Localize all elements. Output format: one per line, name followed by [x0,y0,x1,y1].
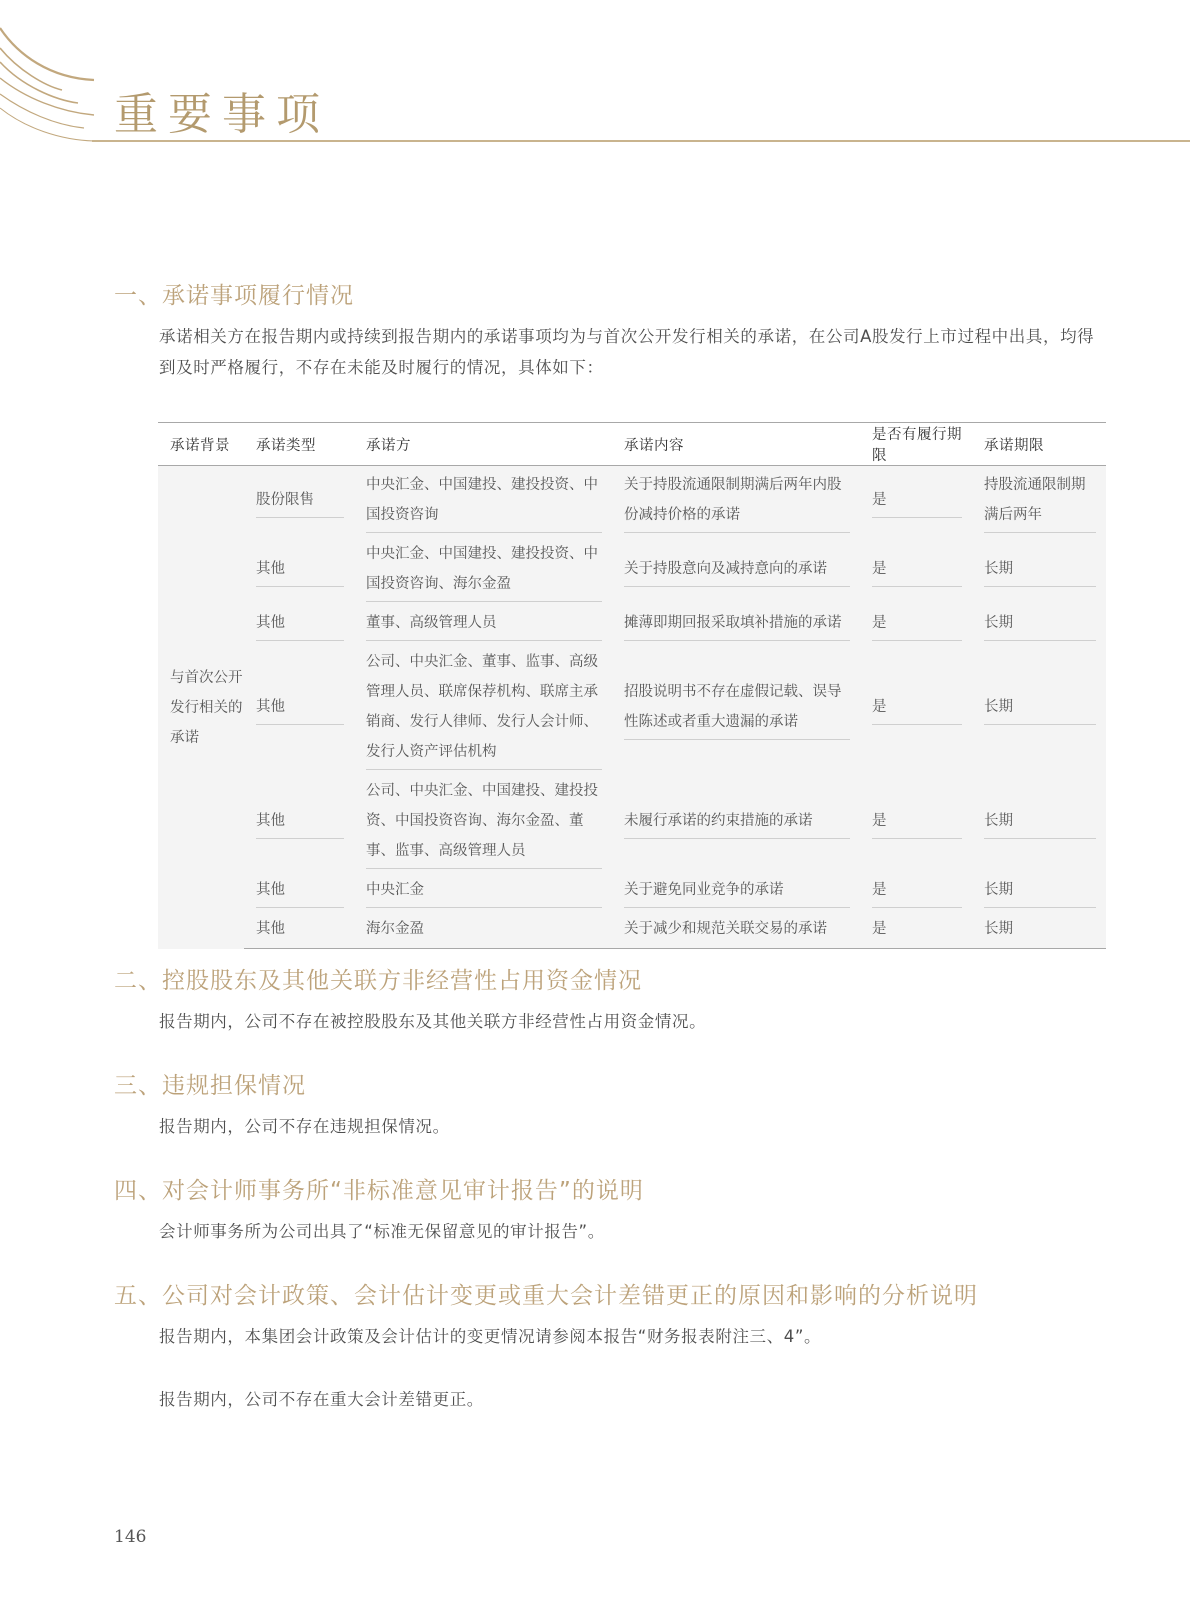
column-header: 承诺期限 [972,422,1106,466]
commitment-content: 关于持股意向及减持意向的承诺 [624,552,850,587]
table-row: 其他 海尔金盈 关于减少和规范关联交易的承诺 是 长期 [158,910,1106,949]
commitment-party: 公司、中央汇金、中国建投、建投投资、中国投资咨询、海尔金盈、董事、监事、高级管理… [366,774,602,869]
commitment-type: 其他 [256,804,344,839]
table-row: 其他 中央汇金 关于避免同业竞争的承诺 是 长期 [158,871,1106,910]
commitments-table: 承诺背景 承诺类型 承诺方 承诺内容 是否有履行期限 承诺期限 与首次公开发行相… [158,422,1106,949]
has-term: 是 [872,804,962,839]
commitment-term: 长期 [984,804,1096,839]
section-heading-5: 五、公司对会计政策、会计估计变更或重大会计差错更正的原因和影响的分析说明 [114,1277,978,1310]
has-term: 是 [872,912,962,946]
section-heading-2: 二、控股股东及其他关联方非经营性占用资金情况 [114,962,642,995]
section-heading-3: 三、违规担保情况 [114,1067,306,1100]
table-row: 与首次公开发行相关的承诺 股份限售 中央汇金、中国建投、建投投资、中国投资咨询 … [158,466,1106,535]
table-row: 其他 公司、中央汇金、中国建投、建投投资、中国投资咨询、海尔金盈、董事、监事、高… [158,772,1106,871]
table-row: 其他 董事、高级管理人员 摊薄即期回报采取填补措施的承诺 是 长期 [158,604,1106,643]
table-header-row: 承诺背景 承诺类型 承诺方 承诺内容 是否有履行期限 承诺期限 [158,422,1106,466]
commitment-term: 持股流通限制期满后两年 [984,468,1096,533]
section-5-paragraph-1: 报告期内，本集团会计政策及会计估计的变更情况请参阅本报告“财务报表附注三、4”。 [159,1321,1109,1352]
section-5-paragraph-2: 报告期内，公司不存在重大会计差错更正。 [159,1384,1109,1415]
has-term: 是 [872,483,962,518]
column-header: 承诺方 [354,422,612,466]
commitment-party: 董事、高级管理人员 [366,606,602,641]
commitment-term: 长期 [984,690,1096,725]
commitment-party: 中央汇金 [366,873,602,908]
column-header: 是否有履行期限 [860,422,972,466]
page-title: 重要事项 [114,78,330,142]
commitment-party: 中央汇金、中国建投、建投投资、中国投资咨询、海尔金盈 [366,537,602,602]
commitment-type: 其他 [256,690,344,725]
commitment-party: 公司、中央汇金、董事、监事、高级管理人员、联席保荐机构、联席主承销商、发行人律师… [366,645,602,770]
commitment-party: 海尔金盈 [366,912,602,946]
commitment-term: 长期 [984,552,1096,587]
section-heading-4: 四、对会计师事务所“非标准意见审计报告”的说明 [114,1172,644,1205]
commitment-term: 长期 [984,606,1096,641]
commitment-content: 关于减少和规范关联交易的承诺 [624,912,850,946]
page-number: 146 [114,1527,146,1547]
column-header: 承诺背景 [158,422,244,466]
section-1-paragraph: 承诺相关方在报告期内或持续到报告期内的承诺事项均为与首次公开发行相关的承诺，在公… [159,321,1109,383]
section-heading-1: 一、承诺事项履行情况 [114,277,354,310]
commitment-party: 中央汇金、中国建投、建投投资、中国投资咨询 [366,468,602,533]
commitment-term: 长期 [984,912,1096,946]
commitment-type: 其他 [256,606,344,641]
section-4-paragraph: 会计师事务所为公司出具了“标准无保留意见的审计报告”。 [159,1216,1109,1247]
commitment-content: 未履行承诺的约束措施的承诺 [624,804,850,839]
column-header: 承诺内容 [612,422,860,466]
commitment-type: 其他 [256,552,344,587]
commitment-content: 摊薄即期回报采取填补措施的承诺 [624,606,850,641]
column-header: 承诺类型 [244,422,354,466]
has-term: 是 [872,552,962,587]
commitment-term: 长期 [984,873,1096,908]
has-term: 是 [872,690,962,725]
commitment-type: 其他 [256,873,344,908]
table-row: 其他 公司、中央汇金、董事、监事、高级管理人员、联席保荐机构、联席主承销商、发行… [158,643,1106,772]
commitment-content: 关于避免同业竞争的承诺 [624,873,850,908]
has-term: 是 [872,606,962,641]
commitment-content: 招股说明书不存在虚假记载、误导性陈述或者重大遗漏的承诺 [624,675,850,740]
commitment-type: 股份限售 [256,483,344,518]
commitment-background-cell: 与首次公开发行相关的承诺 [158,466,244,949]
section-2-paragraph: 报告期内，公司不存在被控股股东及其他关联方非经营性占用资金情况。 [159,1006,1109,1037]
section-3-paragraph: 报告期内，公司不存在违规担保情况。 [159,1111,1109,1142]
table-row: 其他 中央汇金、中国建投、建投投资、中国投资咨询、海尔金盈 关于持股意向及减持意… [158,535,1106,604]
decorative-arcs-icon [0,0,110,145]
commitment-content: 关于持股流通限制期满后两年内股份减持价格的承诺 [624,468,850,533]
has-term: 是 [872,873,962,908]
commitment-type: 其他 [256,912,344,946]
